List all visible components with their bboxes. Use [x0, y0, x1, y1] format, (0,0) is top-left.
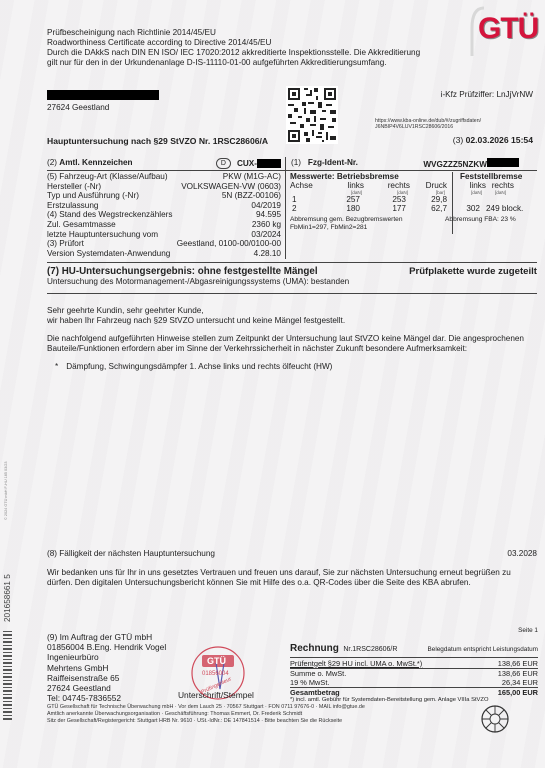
divider	[290, 687, 538, 688]
invoice-total-label: Gesamtbetrag	[290, 688, 340, 697]
plate-label: Amtl. Kennzeichen	[59, 158, 132, 167]
vehicle-row: Hersteller (-Nr)VOLKSWAGEN-VW (0603)	[47, 182, 281, 192]
plate-row: (2) Amtl. Kennzeichen D CUX-	[47, 158, 281, 169]
result-title: (7) HU-Untersuchungsergebnis: ohne festg…	[47, 266, 318, 277]
vehicle-row-value: 94.595	[256, 210, 281, 220]
greeting: Sehr geehrte Kundin, sehr geehrter Kunde…	[47, 306, 537, 316]
brake-cell: 62,7	[415, 204, 447, 214]
kba-url-line: J6NBIP4V6LUV1RSC28606/2016	[375, 124, 535, 130]
invoice-row-label: Summe o. MwSt.	[290, 669, 346, 678]
header-line: gilt nur für den in der Urkundenanlage D…	[47, 58, 447, 68]
thanks-text: Wir bedanken uns für Ihr in uns gesetzte…	[47, 568, 537, 588]
stamp-logo: GTÜ	[207, 656, 226, 666]
gtu-logo: GTÜ	[470, 6, 542, 56]
serial-number: 201658661 5	[3, 574, 12, 622]
invoice-belegdatum: Belegdatum entspricht Leistungsdatum	[428, 646, 538, 654]
brake-cell: 177	[380, 204, 406, 214]
vehicle-row-label: Version Systemdaten-Anwendung	[47, 249, 170, 259]
qr-code-icon	[286, 86, 338, 144]
date-value: 02.03.2026 15:54	[466, 135, 533, 145]
vehicle-row-value: 03/2024	[251, 230, 281, 240]
vehicle-row-value: 5N (BZZ-00106)	[222, 191, 281, 201]
invoice: Seite 1 Rechnung Nr.1RSC28606/R Belegdat…	[290, 627, 538, 704]
signature-block: (9) Im Auftrag der GTÜ mbH 01856004 B.En…	[47, 632, 197, 703]
brake-cell: 180	[334, 204, 360, 214]
vehicle-row: Erstzulassung04/2019	[47, 201, 281, 211]
letter-body: Sehr geehrte Kundin, sehr geehrter Kunde…	[47, 306, 537, 372]
brake-fbmin: FbMin1=297, FbMin2=281	[290, 223, 367, 232]
invoice-number: Nr.1RSC28606/R	[343, 646, 397, 653]
stamp-label: Unterschrift/Stempel	[178, 690, 254, 700]
divider	[290, 657, 538, 658]
signature-line: Raiffeisenstraße 65	[47, 673, 197, 683]
vehicle-row-value: 2360 kg	[252, 220, 281, 230]
signature-line: (9) Im Auftrag der GTÜ mbH	[47, 632, 197, 642]
plakette-status: Prüfplakette wurde zugeteilt	[409, 266, 537, 277]
vehicle-row: Zul. Gesamtmasse2360 kg	[47, 220, 281, 230]
vehicle-row-value: Geestland, 0100-00/0100-00	[177, 239, 281, 249]
next-due-label: (8) Fälligkeit der nächsten Hauptuntersu…	[47, 549, 215, 559]
vehicle-row-value: 4.28.10	[254, 249, 281, 259]
divider	[47, 262, 537, 263]
inspection-result: (7) HU-Untersuchungsergebnis: ohne festg…	[47, 266, 537, 287]
col-unit: [daN]	[460, 190, 482, 195]
inspection-title: Hauptuntersuchung nach §29 StVZO Nr. 1RS…	[47, 136, 268, 146]
header-line: Durch die DAkkS nach DIN EN ISO/ IEC 170…	[47, 48, 447, 58]
invoice-row-value: 138,66 EUR	[498, 659, 538, 668]
vehicle-row-label: (3) Prüfort	[47, 239, 84, 249]
country-code: D	[216, 158, 231, 169]
date-label: (3)	[453, 135, 464, 145]
company-footer: GTÜ Gesellschaft für Technische Überwach…	[47, 704, 497, 725]
uma-result: Untersuchung des Motormanagement-/Abgasr…	[47, 277, 537, 287]
vehicle-row-value: PKW (M1G-AC)	[223, 172, 281, 182]
invoice-row: Prüfentgelt §29 HU incl. UMA o. MwSt.*)1…	[290, 659, 538, 668]
hint-item: * Dämpfung, Schwingungsdämpfer 1. Achse …	[47, 362, 537, 372]
vehicle-row-value: VOLKSWAGEN-VW (0603)	[181, 182, 281, 192]
divider	[452, 172, 453, 234]
divider	[47, 293, 537, 294]
form-code: © 2024 GTÜ mbH F-HU 185 03/23	[4, 461, 8, 520]
vehicle-row: letzte Hauptuntersuchung vom03/2024	[47, 230, 281, 240]
header-line: Roadworthiness Certificate according to …	[47, 38, 447, 48]
brake-cell: 249 block.	[486, 204, 523, 214]
vehicle-row-label: letzte Hauptuntersuchung vom	[47, 230, 158, 240]
page-number: Seite 1	[290, 627, 538, 635]
bullet-icon: *	[55, 362, 58, 372]
vin-row: (1) Fzg-Ident-Nr. WVGZZZ5NZKW	[291, 158, 519, 170]
brake-cell: 302	[458, 204, 480, 214]
invoice-row: Summe o. MwSt.138,66 EUR	[290, 669, 538, 678]
footer-line: Sitz der Gesellschaft/Registergericht: S…	[47, 718, 497, 725]
signature-line: Tel: 04745-7836552	[47, 693, 197, 703]
kba-url[interactable]: https://www.kba-online.de/dub/#/zugriffs…	[375, 118, 535, 130]
vehicle-row-label: Erstzulassung	[47, 201, 98, 211]
vehicle-row: Typ und Ausführung (-Nr)5N (BZZ-00106)	[47, 191, 281, 201]
qr-code[interactable]	[286, 86, 338, 144]
vehicle-row: (3) PrüfortGeestland, 0100-00/0100-00	[47, 239, 281, 249]
redacted-vin	[487, 158, 519, 167]
ikfz-checksum: i-Kfz Prüfziffer: LnJjVrNW	[441, 90, 533, 100]
invoice-row-label: Prüfentgelt §29 HU incl. UMA o. MwSt.*)	[290, 659, 422, 668]
signature-line: 27624 Geestland	[47, 683, 197, 693]
invoice-title: Rechnung	[290, 643, 339, 654]
vehicle-row-label: Typ und Ausführung (-Nr)	[47, 191, 139, 201]
divider	[285, 157, 286, 259]
stamp-number: 01856004	[202, 671, 229, 677]
invoice-row-value: 138,66 EUR	[498, 669, 538, 678]
vin-label: Fzg-Ident-Nr.	[308, 158, 358, 167]
letter-line: wir haben Ihr Fahrzeug nach §29 StVZO un…	[47, 316, 537, 326]
signature-line: 01856004 B.Eng. Hendrik Vogel	[47, 642, 197, 652]
footer-line: Amtlich anerkannte Überwachungsorganisat…	[47, 711, 497, 718]
recipient-address: 27624 Geestland	[47, 90, 159, 113]
vehicle-row-label: (4) Stand des Wegstreckenzählers	[47, 210, 172, 220]
vehicle-row-label: Hersteller (-Nr)	[47, 182, 101, 192]
redacted-name	[47, 90, 159, 100]
hint-intro: Die nachfolgend aufgeführten Hinweise st…	[47, 334, 537, 354]
col-header: Achse	[290, 181, 313, 191]
invoice-total-value: 165,00 EUR	[498, 688, 538, 697]
next-inspection: (8) Fälligkeit der nächsten Hauptuntersu…	[47, 549, 537, 559]
vehicle-row: (5) Fahrzeug-Art (Klasse/Aufbau)PKW (M1G…	[47, 172, 281, 182]
gtu-logo-text: GTÜ	[478, 12, 538, 46]
brake-note: Abbremsung FBA: 23 %	[445, 215, 516, 224]
license-plate: D CUX-	[216, 158, 281, 169]
vehicle-row: (4) Stand des Wegstreckenzählers94.595	[47, 210, 281, 220]
vin-prefix: WVGZZZ5NZKW	[423, 160, 487, 169]
recipient-city: 27624 Geestland	[47, 103, 159, 113]
invoice-row-value: 26,34 EUR	[502, 678, 538, 687]
signature-line: Ingenieurbüro	[47, 652, 197, 662]
divider	[47, 170, 537, 171]
seal-icon	[480, 704, 510, 734]
hint-text: Dämpfung, Schwingungsdämpfer 1. Achse li…	[66, 362, 332, 372]
vehicle-row-label: Zul. Gesamtmasse	[47, 220, 116, 230]
invoice-row-label: 19 % MwSt.	[290, 678, 329, 687]
col-unit: [daN]	[482, 190, 506, 195]
footer-line: GTÜ Gesellschaft für Technische Überwach…	[47, 704, 497, 711]
header-line: Prüfbescheinigung nach Richtlinie 2014/4…	[47, 28, 447, 38]
brake-cell: 2	[292, 204, 297, 214]
vehicle-row: Version Systemdaten-Anwendung4.28.10	[47, 249, 281, 259]
vehicle-row-value: 04/2019	[251, 201, 281, 211]
vehicle-data: (5) Fahrzeug-Art (Klasse/Aufbau)PKW (M1G…	[47, 172, 281, 258]
signature-line: Mehrtens GmbH	[47, 663, 197, 673]
certificate-header: Prüfbescheinigung nach Richtlinie 2014/4…	[47, 28, 447, 68]
footer-seal-icon	[480, 704, 510, 734]
redacted-plate	[257, 159, 281, 168]
inspection-certificate: Prüfbescheinigung nach Richtlinie 2014/4…	[0, 0, 545, 768]
vin-label-num: (1)	[291, 158, 301, 167]
next-due-value: 03.2028	[507, 549, 537, 559]
vehicle-row-label: (5) Fahrzeug-Art (Klasse/Aufbau)	[47, 172, 168, 182]
invoice-total: Gesamtbetrag165,00 EUR	[290, 688, 538, 697]
inspection-date: (3) 02.03.2026 15:54	[453, 135, 533, 145]
divider	[290, 668, 538, 669]
barcode	[3, 630, 12, 720]
plate-label-num: (2)	[47, 158, 59, 167]
invoice-row: 19 % MwSt.26,34 EUR	[290, 678, 538, 687]
plate-prefix: CUX-	[237, 159, 257, 169]
